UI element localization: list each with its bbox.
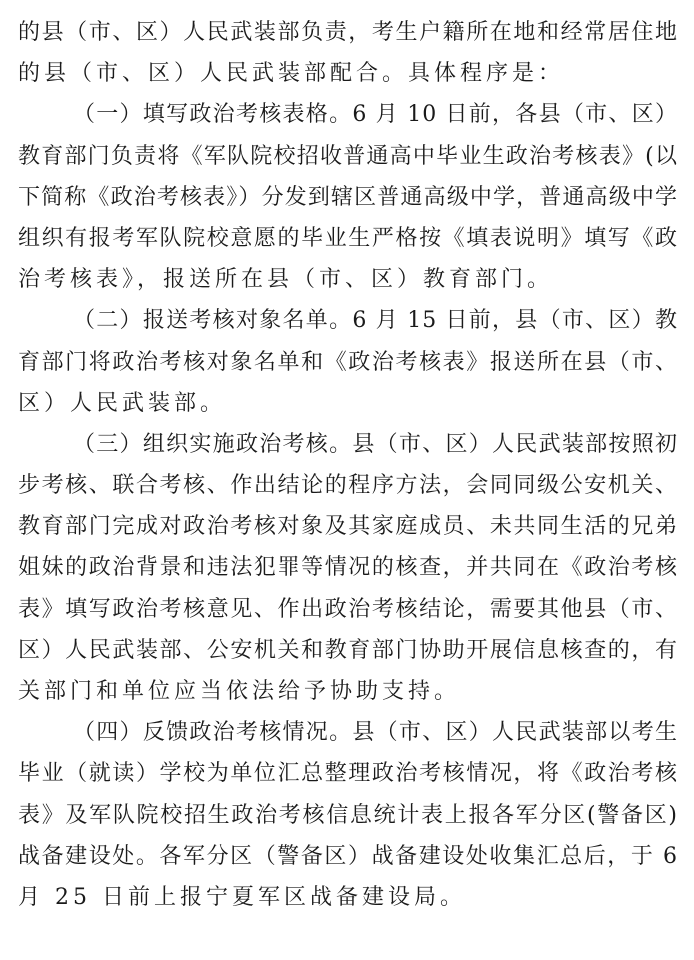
text-line: 的县（市、区）人民武装部负责，考生户籍所在地和经常居住地: [18, 12, 678, 53]
text-line: 教育部门完成对政治考核对象及其家庭成员、未共同生活的兄弟: [18, 506, 678, 547]
paragraph-step-3: （三）组织实施政治考核。县（市、区）人民武装部按照初 步考核、联合考核、作出结论…: [18, 424, 678, 712]
document-page: 的县（市、区）人民武装部负责，考生户籍所在地和经常居住地 的县（市、区）人民武装…: [18, 12, 678, 918]
text-line: 战备建设处。各军分区（警备区）战备建设处收集汇总后，于 6: [18, 836, 678, 877]
text-line: 表》及军队院校招生政治考核信息统计表上报各军分区(警备区): [18, 795, 678, 836]
text-line: 区）人民武装部。: [18, 383, 678, 424]
text-line: 育部门将政治考核对象名单和《政治考核表》报送所在县（市、: [18, 342, 678, 383]
text-line: （三）组织实施政治考核。县（市、区）人民武装部按照初: [18, 424, 678, 465]
text-line: （二）报送考核对象名单。6 月 15 日前，县（市、区）教: [18, 300, 678, 341]
text-line: 的县（市、区）人民武装部配合。具体程序是：: [18, 53, 678, 94]
text-line: 月 25 日前上报宁夏军区战备建设局。: [18, 877, 678, 918]
text-line: 关部门和单位应当依法给予协助支持。: [18, 671, 678, 712]
text-line: 组织有报考军队院校意愿的毕业生严格按《填表说明》填写《政: [18, 218, 678, 259]
text-line: （四）反馈政治考核情况。县（市、区）人民武装部以考生: [18, 712, 678, 753]
text-line: 姐妹的政治背景和违法犯罪等情况的核查，并共同在《政治考核: [18, 547, 678, 588]
text-line: 下简称《政治考核表》）分发到辖区普通高级中学，普通高级中学: [18, 177, 678, 218]
paragraph-step-4: （四）反馈政治考核情况。县（市、区）人民武装部以考生 毕业（就读）学校为单位汇总…: [18, 712, 678, 918]
text-line: 毕业（就读）学校为单位汇总整理政治考核情况，将《政治考核: [18, 753, 678, 794]
paragraph-step-1: （一）填写政治考核表格。6 月 10 日前，各县（市、区） 教育部门负责将《军队…: [18, 94, 678, 300]
paragraph-step-2: （二）报送考核对象名单。6 月 15 日前，县（市、区）教 育部门将政治考核对象…: [18, 300, 678, 424]
text-line: （一）填写政治考核表格。6 月 10 日前，各县（市、区）: [18, 94, 678, 135]
text-line: 教育部门负责将《军队院校招收普通高中毕业生政治考核表》(以: [18, 136, 678, 177]
text-line: 步考核、联合考核、作出结论的程序方法，会同同级公安机关、: [18, 465, 678, 506]
text-line: 治考核表》，报送所在县（市、区）教育部门。: [18, 259, 678, 300]
text-line: 表》填写政治考核意见、作出政治考核结论，需要其他县（市、: [18, 589, 678, 630]
text-line: 区）人民武装部、公安机关和教育部门协助开展信息核查的，有: [18, 630, 678, 671]
paragraph-intro: 的县（市、区）人民武装部负责，考生户籍所在地和经常居住地 的县（市、区）人民武装…: [18, 12, 678, 94]
